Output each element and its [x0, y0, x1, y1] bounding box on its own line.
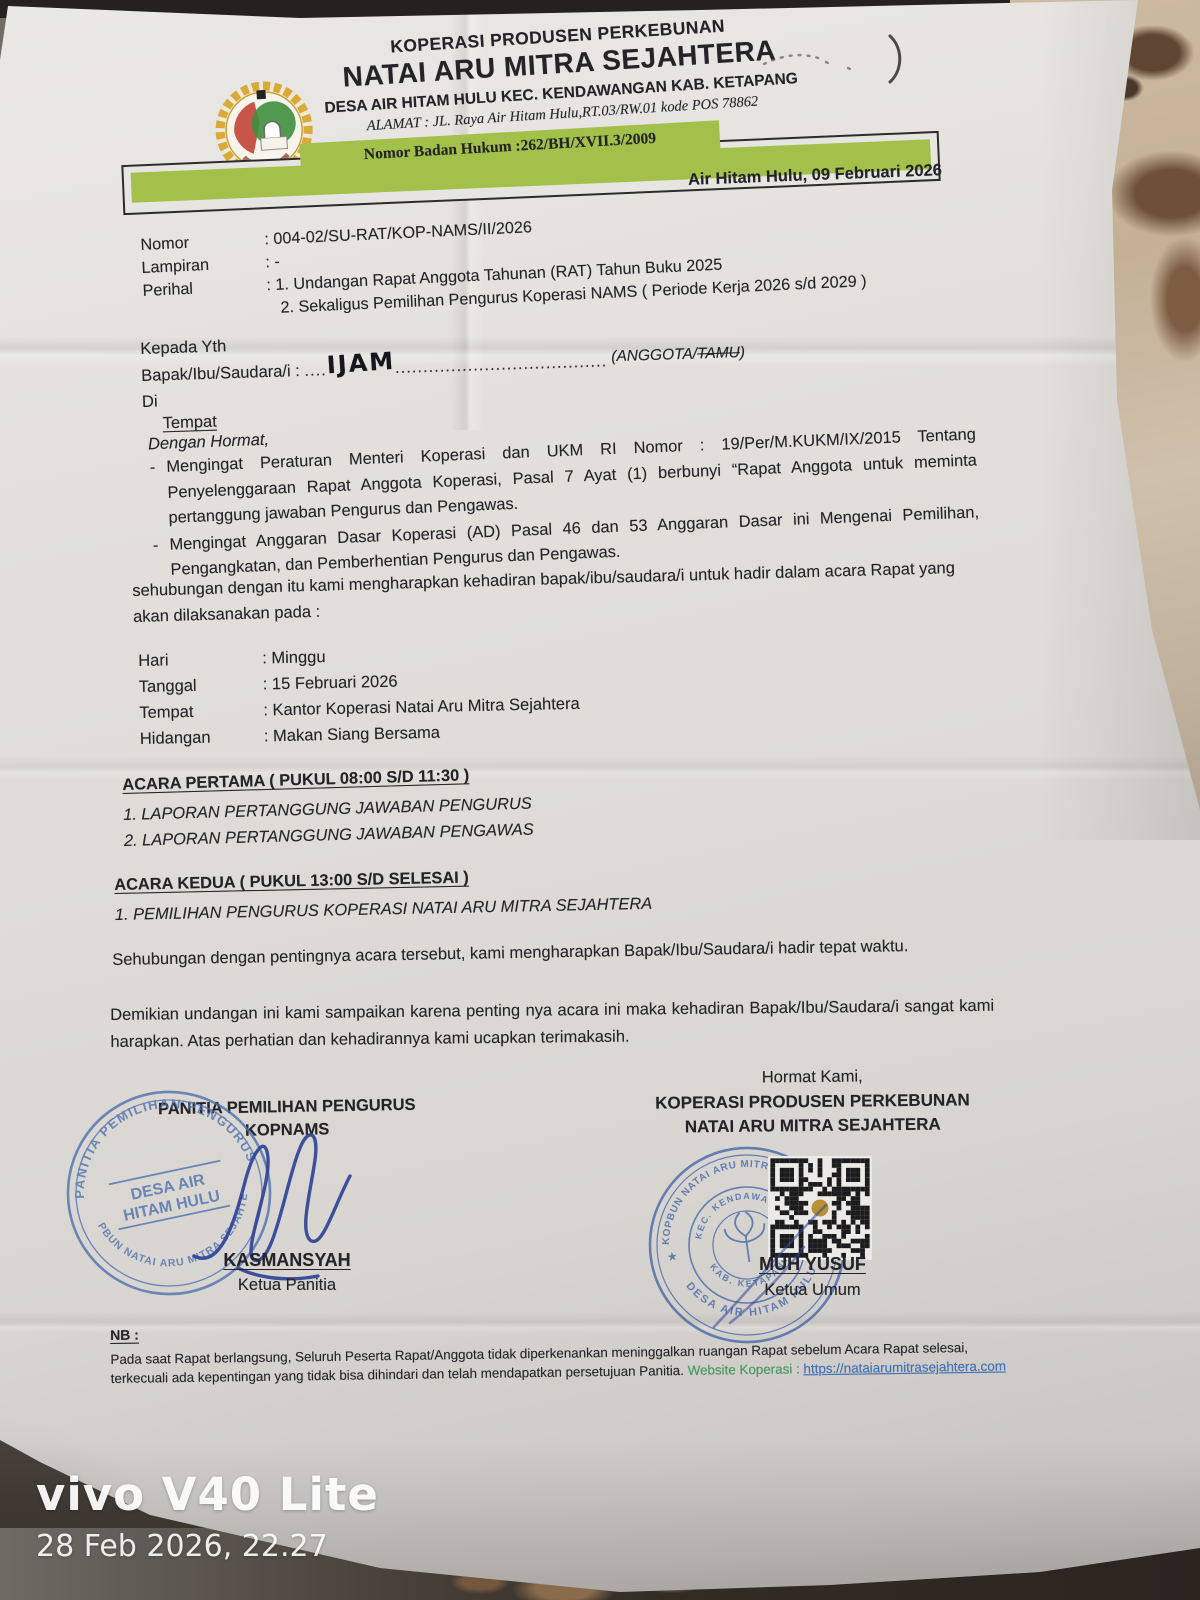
right-signature-heading: Hormat Kami, KOPERASI PRODUSEN PERKEBUNA…	[640, 1066, 986, 1138]
right-signatory-title: Ketua Umum	[660, 1281, 965, 1300]
agenda-first: ACARA PERTAMA ( PUKUL 08:00 S/D 11:30 ) …	[122, 761, 534, 854]
detail-label: Tempat	[139, 697, 264, 726]
bullet-dash: -	[138, 455, 169, 533]
right-signatory-name: MUH YUSUF	[660, 1254, 965, 1275]
hormat-kami: Hormat Kami,	[640, 1066, 985, 1089]
detail-label: Tanggal	[139, 671, 264, 700]
detail-label: Hidangan	[140, 723, 265, 752]
anggota-tamu-close: )	[740, 344, 746, 361]
detail-value: : Makan Siang Bersama	[264, 720, 441, 750]
left-signatory-title: Ketua Panitia	[128, 1276, 446, 1295]
letterhead: KOPERASI PRODUSEN PERKEBUNAN NATAI ARU M…	[307, 10, 812, 138]
closing-paragraph: Demikian undangan ini kami sampaikan kar…	[110, 993, 995, 1056]
recipient-block: Kepada Yth Bapak/Ibu/Saudara/i : ....IJA…	[140, 319, 747, 435]
recipient-name-label: Bapak/Ibu/Saudara/i :	[141, 362, 305, 385]
agenda-item: 1. PEMILIHAN PENGURUS KOPERASI NATAI ARU…	[115, 891, 653, 928]
right-org-line1: KOPERASI PRODUSEN PERKEBUNAN	[640, 1090, 985, 1114]
watermark-device: vivo V40 Lite	[36, 1468, 379, 1521]
anggota-tamu-open: (ANGGOTA/	[607, 346, 698, 366]
right-signatory: MUH YUSUF Ketua Umum	[660, 1254, 965, 1300]
punctuality-paragraph: Sehubungan dengan pentingnya acara terse…	[112, 932, 984, 973]
left-signatory-name: KASMANSYAH	[128, 1250, 446, 1271]
dotted-line: ......................................	[395, 352, 608, 377]
camera-watermark: vivo V40 Lite 28 Feb 2026, 22.27	[36, 1468, 379, 1564]
website-label: Website Koperasi :	[688, 1361, 804, 1378]
letter-meta: Nomor: 004-02/SU-RAT/KOP-NAMS/II/2026 La…	[140, 196, 983, 326]
letter-paper: KOPERASI PRODUSEN PERKEBUNAN NATAI ARU M…	[0, 0, 1200, 1600]
event-details: Hari: Minggu Tanggal: 15 Februari 2026 T…	[138, 633, 840, 752]
lampiran-value: : -	[265, 251, 280, 275]
left-signatory: KASMANSYAH Ketua Panitia	[128, 1250, 446, 1295]
agenda-second: ACARA KEDUA ( PUKUL 13:00 S/D SELESAI ) …	[114, 861, 652, 928]
watermark-datetime: 28 Feb 2026, 22.27	[36, 1529, 379, 1564]
dotted-line: ....	[304, 361, 327, 380]
detail-value: : Minggu	[262, 644, 326, 671]
tamu-struck: TAMU	[697, 344, 740, 362]
detail-value: : 15 Februari 2026	[263, 669, 398, 698]
handwritten-recipient-name: IJAM	[326, 350, 396, 376]
detail-label: Hari	[138, 645, 263, 674]
website-link: https://nataiarumitrasejahtera.com	[803, 1358, 1006, 1376]
